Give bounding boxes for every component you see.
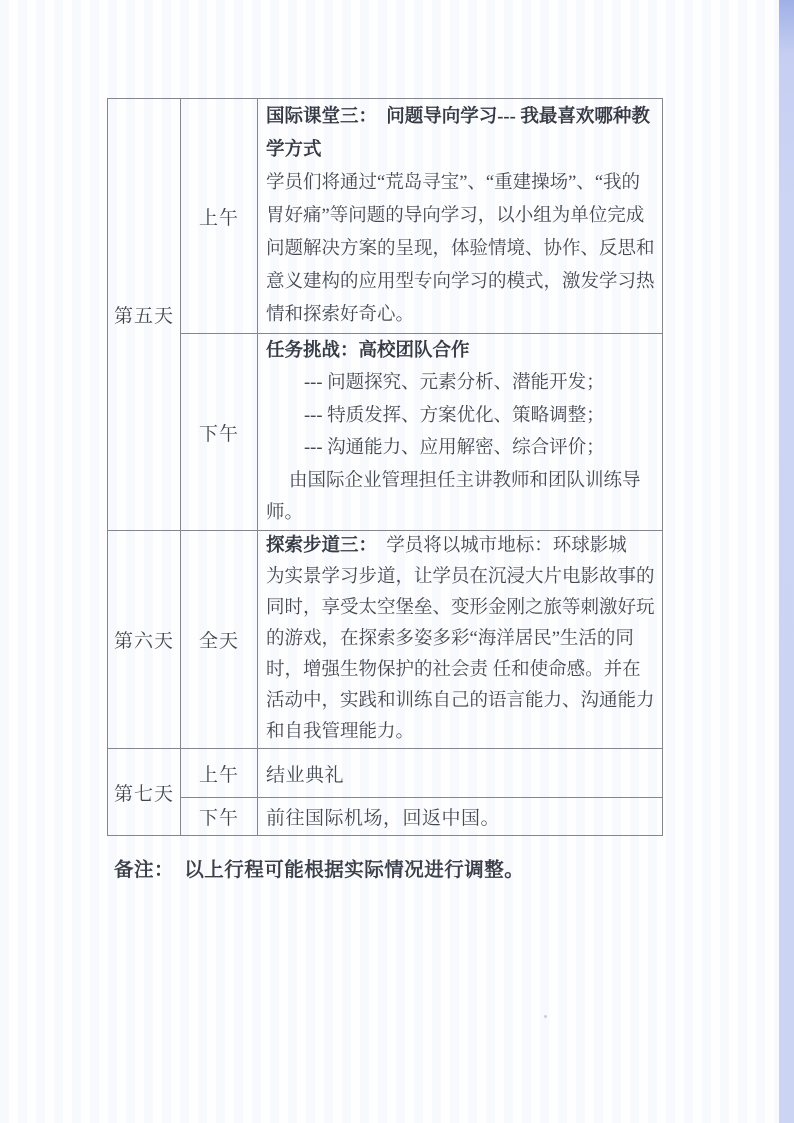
scan-edge-band [779, 0, 794, 1123]
day7-morning-time-cell: 上午 [181, 749, 258, 798]
day5-label-cell: 第五天 [108, 99, 181, 531]
table-row-day5-afternoon: 下午 任务挑战：高校团队合作 --- 问题探究、元素分析、潜能开发； --- 特… [108, 334, 663, 531]
day5-afternoon-item-3: --- 沟通能力、应用解密、综合评价； [266, 432, 655, 465]
day5-afternoon-content-cell: 任务挑战：高校团队合作 --- 问题探究、元素分析、潜能开发； --- 特质发挥… [258, 334, 663, 531]
day6-content-cell: 探索步道三： 学员将以城市地标：环球影城 为实景学习步道，让学员在沉浸大片电影故… [258, 531, 663, 749]
day7-label-cell: 第七天 [108, 749, 181, 836]
table-row-day5-morning: 第五天 上午 国际课堂三： 问题导向学习--- 我最喜欢哪种教学方式 学员们将通… [108, 99, 663, 334]
day5-morning-title: 国际课堂三： 问题导向学习--- 我最喜欢哪种教学方式 [266, 101, 655, 167]
remark-note: 备注： 以上行程可能根据实际情况进行调整。 [114, 854, 674, 882]
day7-morning-time-label: 上午 [199, 765, 239, 786]
day5-afternoon-title: 任务挑战：高校团队合作 [266, 335, 655, 368]
day6-title-bold: 探索步道三： [266, 536, 368, 556]
day7-label: 第七天 [114, 784, 174, 805]
day7-afternoon-body: 前往国际机场，回返中国。 [266, 808, 500, 829]
day6-time-cell: 全天 [181, 531, 258, 749]
day5-afternoon-time-cell: 下午 [181, 334, 258, 531]
day5-afternoon-item-2: --- 特质发挥、方案优化、策略调整； [266, 400, 655, 433]
scan-speck [544, 1015, 547, 1018]
day5-afternoon-footer: 由国际企业管理担任主讲教师和团队训练导师。 [266, 465, 655, 530]
day5-afternoon-item-1: --- 问题探究、元素分析、潜能开发； [266, 367, 655, 400]
day6-label-cell: 第六天 [108, 531, 181, 749]
day6-body: 为实景学习步道，让学员在沉浸大片电影故事的同时，享受太空堡垒、变形金刚之旅等刺激… [266, 562, 655, 748]
table-row-day7-afternoon: 下午 前往国际机场，回返中国。 [108, 798, 663, 836]
table-row-day6: 第六天 全天 探索步道三： 学员将以城市地标：环球影城 为实景学习步道，让学员在… [108, 531, 663, 749]
day7-morning-body: 结业典礼 [266, 765, 344, 786]
day5-afternoon-time-label: 下午 [199, 424, 239, 445]
day7-morning-content-cell: 结业典礼 [258, 749, 663, 798]
day6-time-label: 全天 [199, 631, 239, 652]
day7-afternoon-time-cell: 下午 [181, 798, 258, 836]
schedule-table: 第五天 上午 国际课堂三： 问题导向学习--- 我最喜欢哪种教学方式 学员们将通… [107, 98, 663, 836]
day5-morning-content-cell: 国际课堂三： 问题导向学习--- 我最喜欢哪种教学方式 学员们将通过“荒岛寻宝”… [258, 99, 663, 334]
day5-morning-time-cell: 上午 [181, 99, 258, 334]
day5-morning-body: 学员们将通过“荒岛寻宝”、“重建操场”、“我的胃好痛”等问题的导向学习，以小组为… [266, 167, 655, 332]
day5-morning-time-label: 上午 [199, 208, 239, 229]
day6-label: 第六天 [114, 631, 174, 652]
day6-title-rest: 学员将以城市地标：环球影城 [368, 536, 627, 556]
table-row-day7-morning: 第七天 上午 结业典礼 [108, 749, 663, 798]
day6-title-line: 探索步道三： 学员将以城市地标：环球影城 [266, 531, 655, 562]
day5-label: 第五天 [114, 306, 174, 327]
day7-afternoon-content-cell: 前往国际机场，回返中国。 [258, 798, 663, 836]
day7-afternoon-time-label: 下午 [199, 808, 239, 829]
